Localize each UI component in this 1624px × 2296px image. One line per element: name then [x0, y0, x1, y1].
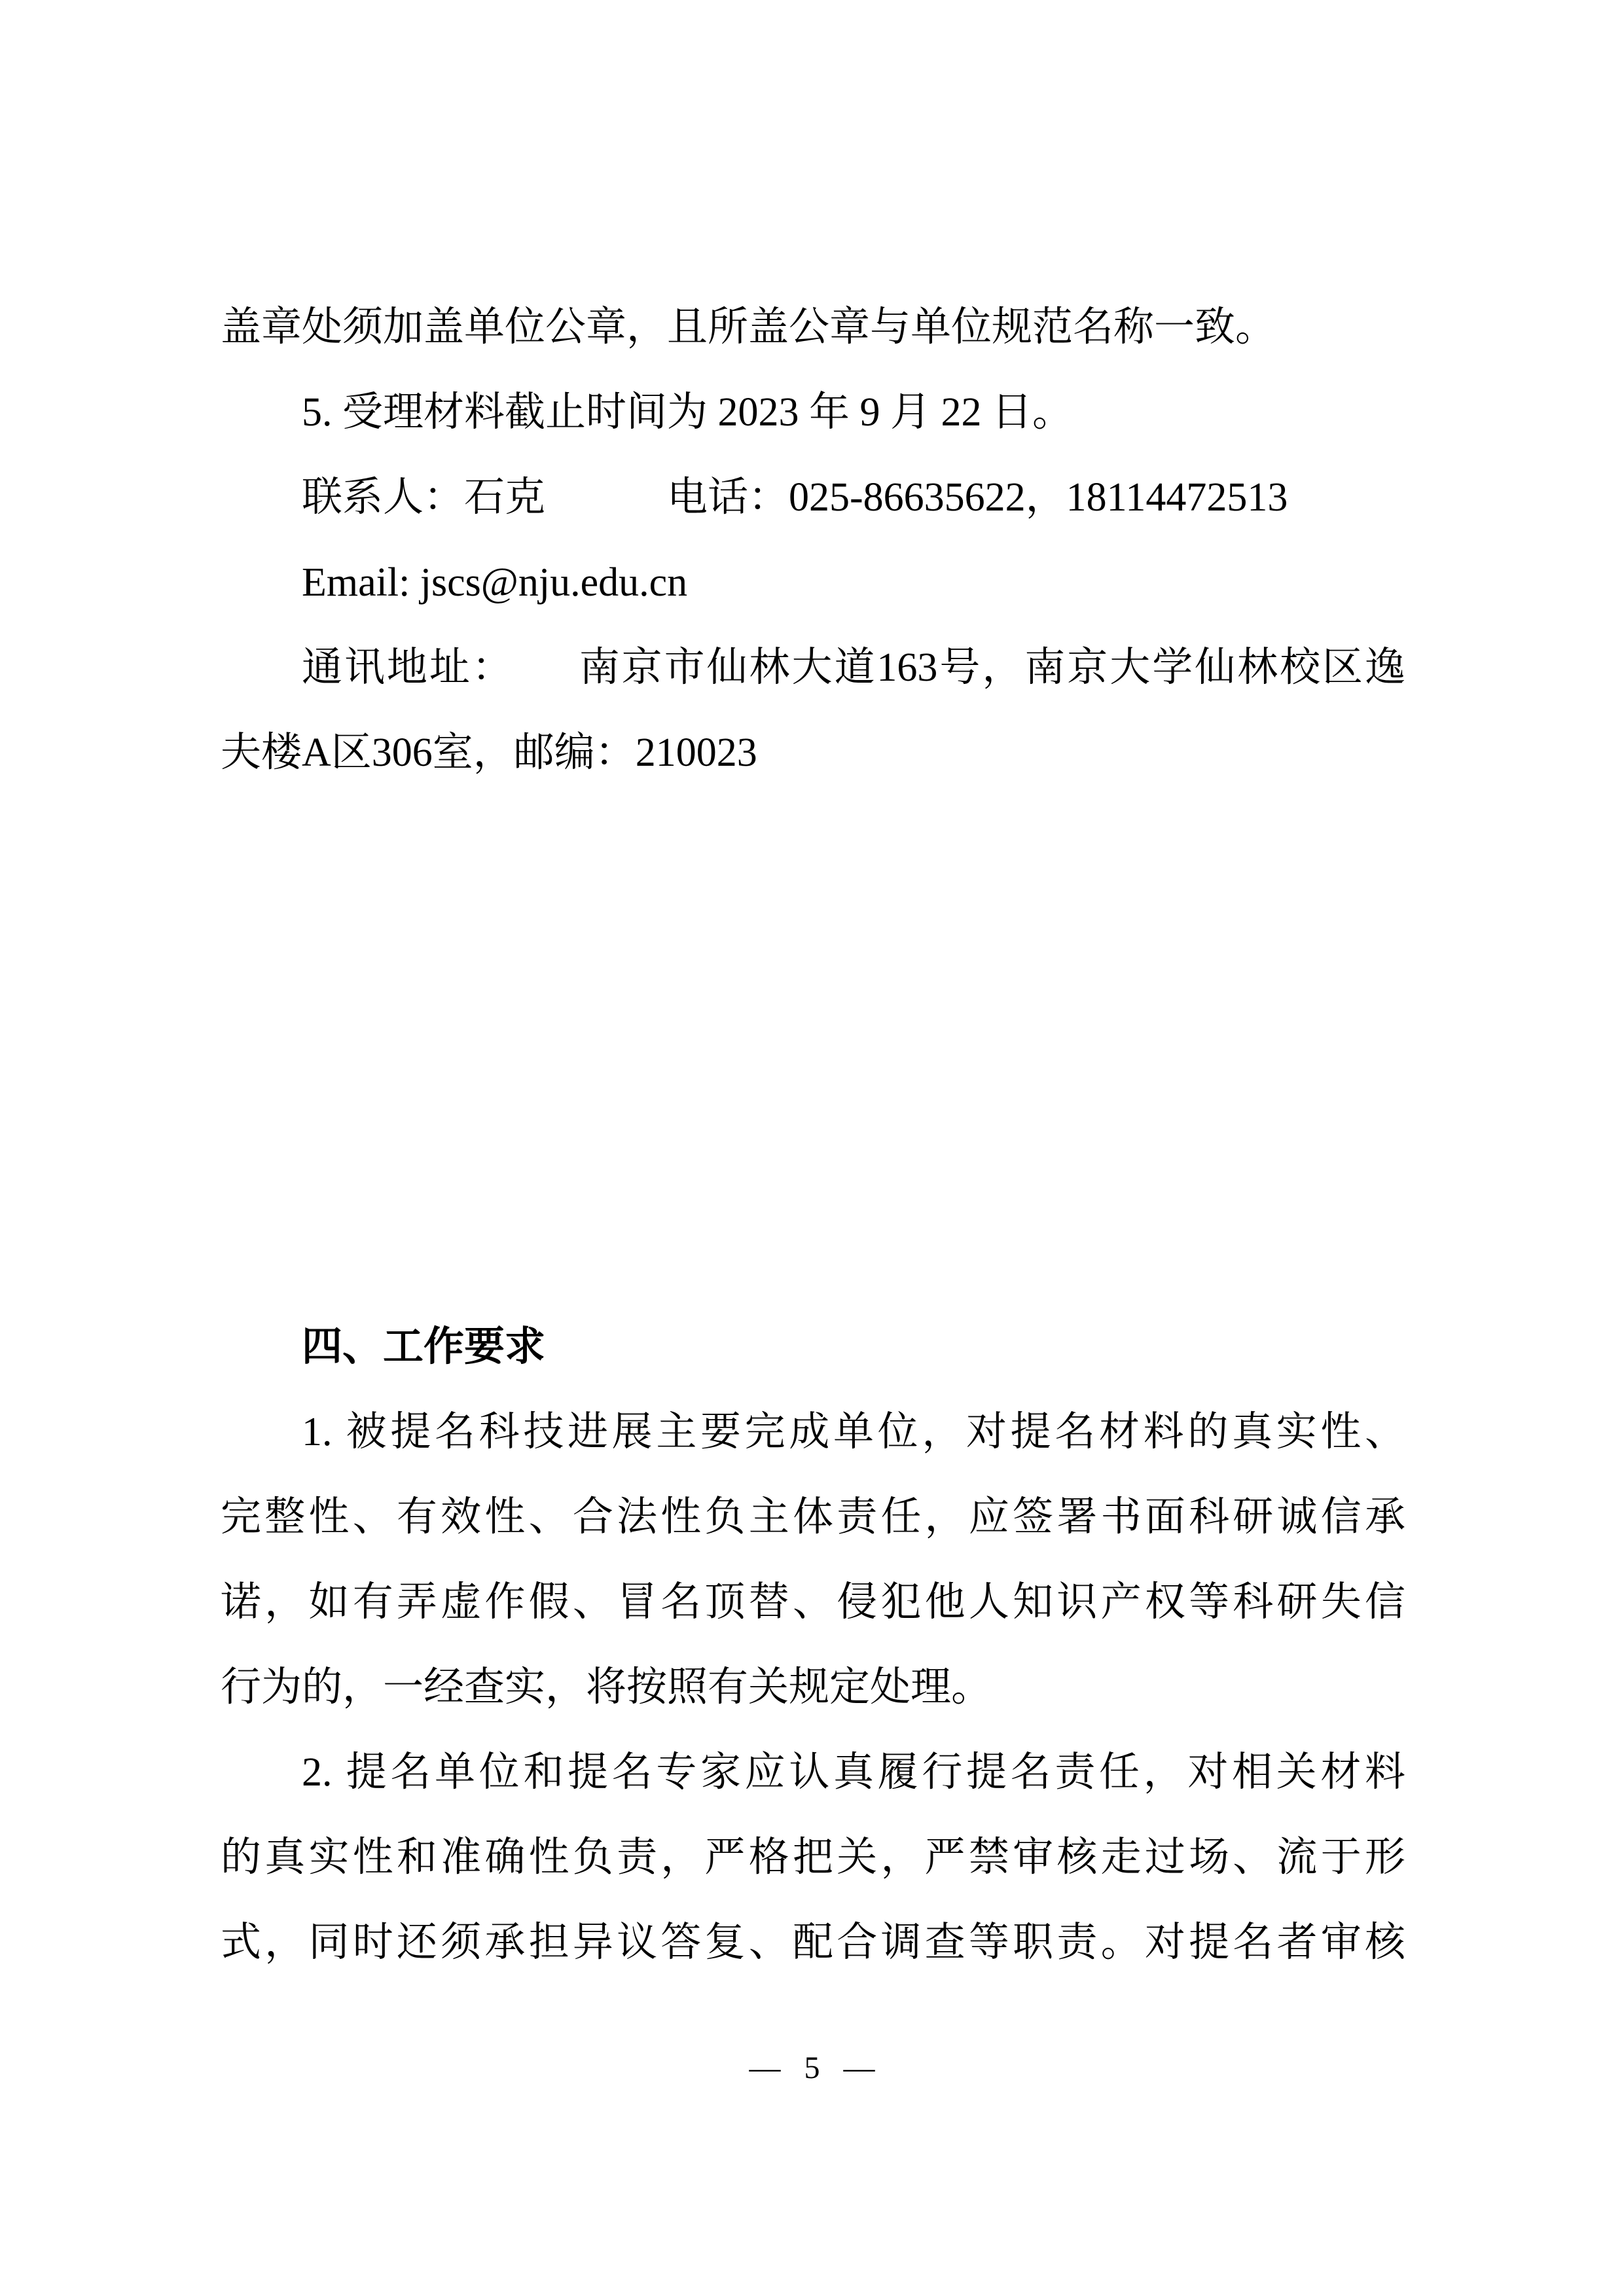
page-number: 5 — [804, 2047, 820, 2089]
section-heading: 四、工作要求 — [221, 1304, 1405, 1390]
page-footer: —5— — [0, 2047, 1624, 2089]
paragraph-line-contact: 联系人：石克 电话：025-86635622，18114472513 — [221, 455, 1405, 540]
para2-line-2: 的真实性和准确性负责，严格把关，严禁审核走过场、流于形 — [221, 1815, 1405, 1900]
footer-dash-left: — — [749, 2051, 781, 2085]
vertical-gap — [221, 795, 1405, 1304]
paragraph-line-email: Email: jscs@nju.edu.cn — [221, 540, 1405, 625]
para2-line-1: 2. 提名单位和提名专家应认真履行提名责任，对相关材料 — [221, 1730, 1405, 1815]
paragraph-line-address-1: 通讯地址： 南京市仙林大道163号，南京大学仙林校区逸 — [221, 625, 1405, 710]
para1-line-2: 完整性、有效性、合法性负主体责任，应签署书面科研诚信承 — [221, 1475, 1405, 1560]
footer-dash-right: — — [844, 2051, 875, 2085]
para1-line-1: 1. 被提名科技进展主要完成单位，对提名材料的真实性、 — [221, 1390, 1405, 1475]
para1-line-3: 诺，如有弄虚作假、冒名顶替、侵犯他人知识产权等科研失信 — [221, 1560, 1405, 1645]
document-page: 盖章处须加盖单位公章，且所盖公章与单位规范名称一致。 5. 受理材料截止时间为 … — [0, 0, 1624, 2296]
paragraph-line-deadline: 5. 受理材料截止时间为 2023 年 9 月 22 日。 — [221, 370, 1405, 455]
para1-line-4: 行为的，一经查实，将按照有关规定处理。 — [221, 1645, 1405, 1730]
paragraph-line-seal-note: 盖章处须加盖单位公章，且所盖公章与单位规范名称一致。 — [221, 285, 1405, 370]
paragraph-line-address-2: 夫楼A区306室，邮编：210023 — [221, 710, 1405, 795]
document-body: 盖章处须加盖单位公章，且所盖公章与单位规范名称一致。 5. 受理材料截止时间为 … — [221, 285, 1405, 1985]
para2-line-3: 式，同时还须承担异议答复、配合调查等职责。对提名者审核 — [221, 1900, 1405, 1985]
